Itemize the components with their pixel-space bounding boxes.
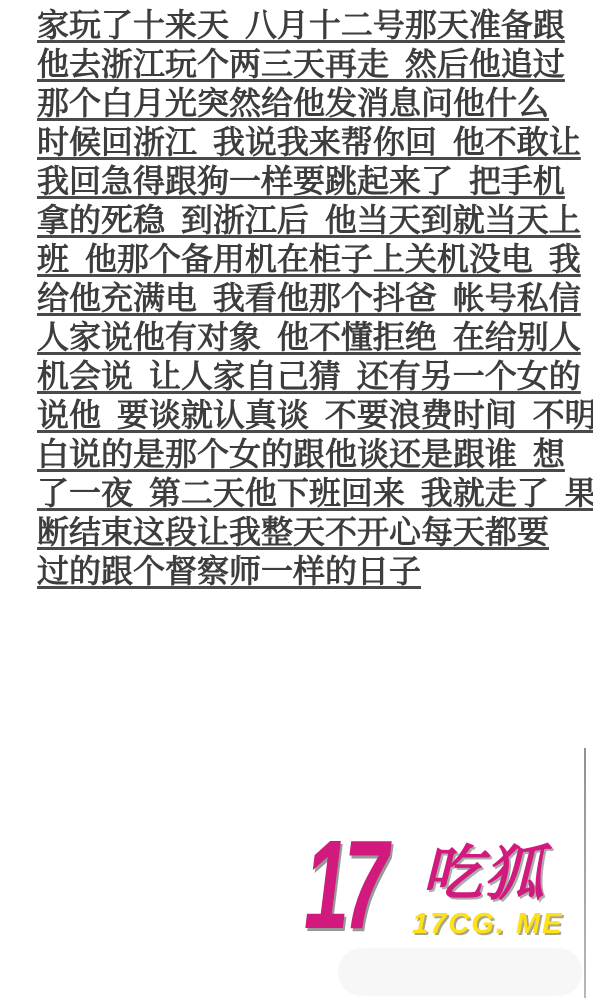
text-line: 他去浙江玩个两三天再走 然后他追过 [37, 45, 593, 84]
text-line: 时候回浙江 我说我来帮你回 他不敢让 [37, 123, 593, 162]
text-line: 说他 要谈就认真谈 不要浪费时间 不明 [37, 396, 593, 435]
text-line: 我回急得跟狗一样要跳起来了 把手机 [37, 162, 593, 201]
watermark-shadow [338, 948, 582, 996]
text-line: 过的跟个督察师一样的日子 [37, 552, 593, 591]
text-line: 拿的死稳 到浙江后 他当天到就当天上 [37, 201, 593, 240]
text-line: 了一夜 第二天他下班回来 我就走了 果 [37, 474, 593, 513]
text-line: 白说的是那个女的跟他谈还是跟谁 想 [37, 435, 593, 474]
text-line: 家玩了十来天 八月十二号那天准备跟 [37, 6, 593, 45]
text-line: 人家说他有对象 他不懂拒绝 在给别人 [37, 318, 593, 357]
text-line: 机会说 让人家自己猜 还有另一个女的 [37, 357, 593, 396]
text-line: 断结束这段让我整天不开心每天都要 [37, 513, 593, 552]
right-edge-line [584, 748, 586, 998]
text-line: 那个白月光突然给他发消息问他什么 [37, 84, 593, 123]
story-text: 家玩了十来天 八月十二号那天准备跟 他去浙江玩个两三天再走 然后他追过 那个白月… [0, 0, 593, 591]
text-line: 给他充满电 我看他那个抖爸 帐号私信 [37, 279, 593, 318]
watermark-name: 吃狐 [422, 844, 546, 904]
watermark-site-url: 17CG. ME [412, 910, 563, 939]
text-line: 班 他那个备用机在柜子上关机没电 我 [37, 240, 593, 279]
watermark-logo: 17 吃狐 17CG. ME [300, 836, 570, 951]
watermark-number: 17 [304, 822, 383, 948]
